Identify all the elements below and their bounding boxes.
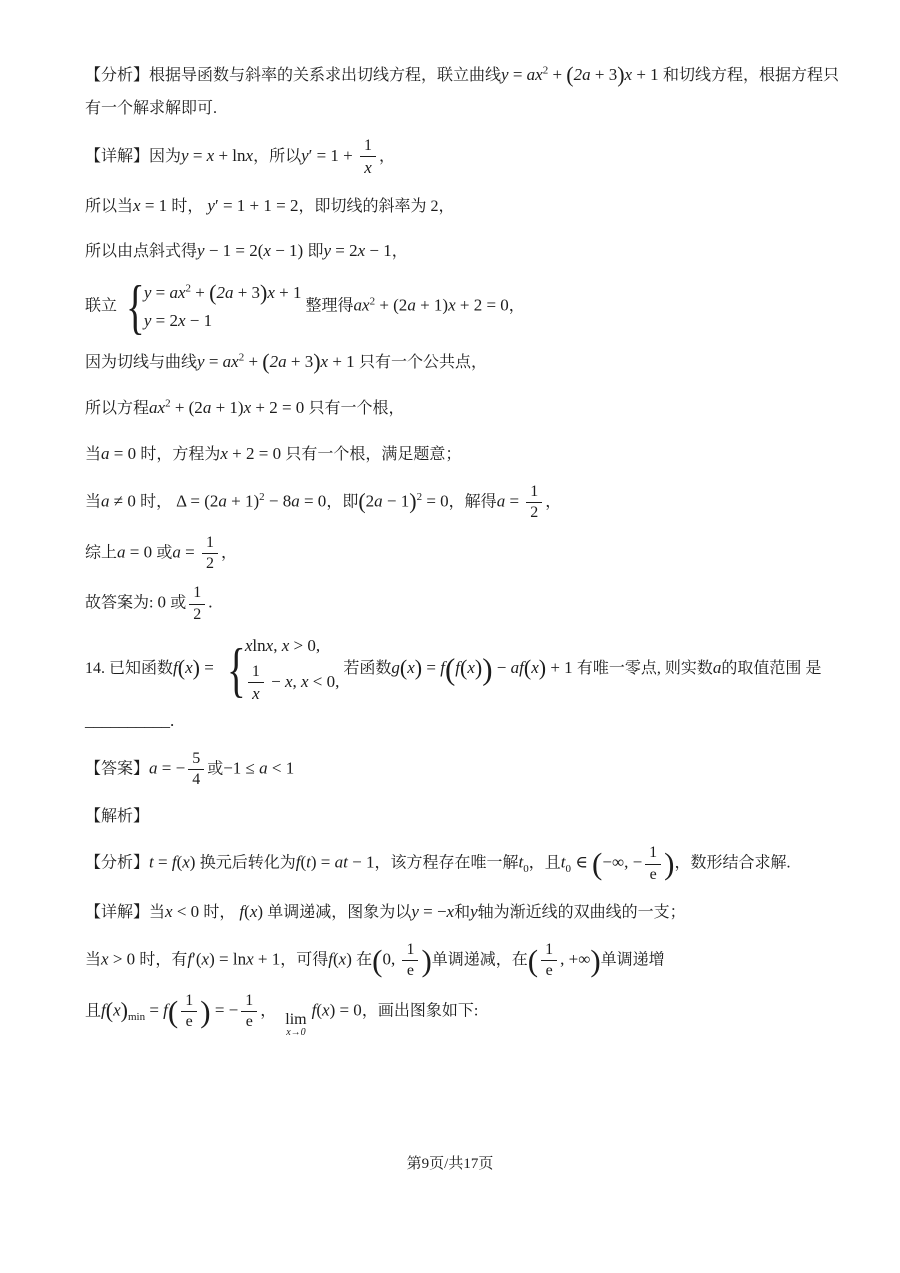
text-run: 整理得 bbox=[306, 298, 354, 315]
math-run: − 1) bbox=[271, 241, 308, 260]
math-run: + 1 bbox=[254, 950, 281, 969]
math-run: ( bbox=[372, 943, 382, 978]
text-run: ， bbox=[260, 1002, 280, 1019]
math-run: y bbox=[207, 196, 215, 215]
math-run: = 0 bbox=[300, 491, 327, 510]
fraction-denominator: e bbox=[541, 961, 557, 980]
text-run: 且 bbox=[85, 1002, 101, 1019]
fraction-numerator: 5 bbox=[188, 750, 204, 770]
para-q14-question: 14. 已知函数f(x) = {xlnx, x > 0,1x − x, x < … bbox=[85, 635, 842, 739]
fraction: 1e bbox=[181, 992, 197, 1032]
math-run: − 1 bbox=[348, 853, 375, 872]
text-run: 【分析】根据导函数与斜率的关系求出切线方程，联立曲线 bbox=[85, 67, 501, 84]
math-run: x bbox=[182, 853, 190, 872]
math-run: = − bbox=[419, 902, 447, 921]
math-run: ) bbox=[664, 846, 674, 881]
text-run: ，且 bbox=[529, 855, 561, 872]
fraction-numerator: 1 bbox=[645, 844, 661, 864]
math-run: ( bbox=[445, 652, 455, 687]
math-run: ) bbox=[415, 655, 422, 680]
text-run: 单调递增 bbox=[601, 952, 665, 969]
text-run: 或 bbox=[156, 544, 172, 561]
math-run: ≠ 0 bbox=[110, 491, 141, 510]
math-run: x bbox=[267, 283, 275, 302]
math-run: , bbox=[293, 672, 302, 691]
text-run: 轴为渐近线的双曲线的一支； bbox=[478, 904, 686, 921]
math-run: x bbox=[244, 398, 252, 417]
math-run: ax bbox=[149, 398, 165, 417]
math-run: ( bbox=[168, 994, 178, 1029]
math-run: a bbox=[101, 444, 110, 463]
math-run: + 1 bbox=[328, 352, 359, 371]
limit-label: lim bbox=[285, 1012, 306, 1028]
math-run: > 0, bbox=[289, 636, 320, 655]
cases-row: 1x − x, x < 0, bbox=[245, 663, 340, 704]
fraction-numerator: 1 bbox=[181, 992, 197, 1012]
page-number: 第9页/共17页 bbox=[407, 1156, 494, 1172]
text-run: 在 bbox=[356, 952, 372, 969]
math-run: ln bbox=[252, 636, 265, 655]
math-run: + 1) bbox=[227, 491, 259, 510]
text-run: 所以由点斜式得 bbox=[85, 243, 197, 260]
math-run: x bbox=[531, 658, 539, 677]
math-run: ′ = 1 + bbox=[309, 146, 357, 165]
math-run: a bbox=[374, 491, 383, 510]
text-run: ，即 bbox=[326, 493, 358, 510]
para-q13-final-answer: 故答案为: 0 或12. bbox=[85, 584, 842, 624]
fraction-denominator: 4 bbox=[188, 770, 204, 789]
math-run: ( bbox=[106, 997, 113, 1022]
math-run: 2 bbox=[366, 491, 375, 510]
para-q13-summary: 综上a = 0 或a = 12， bbox=[85, 534, 842, 574]
math-run: ′( bbox=[192, 950, 201, 969]
math-run: g bbox=[391, 658, 400, 677]
math-run: −∞, − bbox=[602, 853, 642, 872]
math-run: min bbox=[128, 1011, 145, 1023]
fraction: 12 bbox=[202, 534, 218, 574]
text-run: ，画出图象如下: bbox=[362, 1002, 478, 1019]
math-run: a bbox=[259, 758, 268, 777]
piecewise-cases: {xlnx, x > 0,1x − x, x < 0, bbox=[222, 635, 339, 704]
math-run: = 2 bbox=[151, 311, 178, 330]
math-run: . bbox=[208, 593, 212, 612]
math-run: = bbox=[505, 491, 523, 510]
math-run: y bbox=[181, 146, 189, 165]
math-run: a bbox=[101, 491, 110, 510]
text-run: 【详解】因为 bbox=[85, 148, 181, 165]
math-run: = 1 bbox=[141, 196, 172, 215]
para-q13-case-a0: 当a = 0 时，方程为x + 2 = 0 只有一个根，满足题意； bbox=[85, 437, 842, 472]
text-run: 时， bbox=[203, 904, 239, 921]
fraction: 1e bbox=[241, 992, 257, 1032]
math-run: = bbox=[151, 283, 169, 302]
math-run: = − bbox=[211, 1000, 239, 1019]
text-run: 【答案】 bbox=[85, 760, 149, 777]
math-run: = − bbox=[158, 758, 186, 777]
text-run: 14. 已知函数 bbox=[85, 660, 173, 677]
math-run: + 1 bbox=[546, 658, 577, 677]
math-run: x bbox=[165, 902, 173, 921]
text-run: 当 bbox=[85, 446, 101, 463]
math-run: + bbox=[191, 283, 209, 302]
math-run: ) bbox=[539, 655, 546, 680]
math-run: = bbox=[189, 146, 207, 165]
math-run: ) bbox=[190, 853, 200, 872]
math-run: + 1) bbox=[416, 296, 448, 315]
fraction-numerator: 1 bbox=[189, 584, 205, 604]
text-run: 有唯一零点, 则实数 bbox=[577, 660, 713, 677]
math-run: y bbox=[470, 902, 478, 921]
fraction-numerator: 1 bbox=[402, 941, 418, 961]
text-run: 因为切线与曲线 bbox=[85, 354, 197, 371]
math-run: y bbox=[411, 902, 419, 921]
math-run: Δ = (2 bbox=[176, 491, 218, 510]
math-run: = 0 bbox=[110, 444, 141, 463]
math-run: ) bbox=[409, 488, 416, 513]
math-run: x bbox=[101, 950, 109, 969]
fraction-numerator: 1 bbox=[360, 137, 376, 157]
para-q14-analysis: 【分析】t = f(x) 换元后转化为f(t) = at − 1，该方程存在唯一… bbox=[85, 844, 842, 884]
math-run: + 3 bbox=[591, 65, 618, 84]
math-run: = bbox=[181, 542, 199, 561]
math-run: ( bbox=[262, 349, 269, 374]
math-run: a bbox=[497, 491, 506, 510]
para-q13-detail-2: 所以当x = 1 时， y′ = 1 + 1 = 2，即切线的斜率为 2， bbox=[85, 189, 842, 224]
math-run: x bbox=[407, 658, 415, 677]
para-q13-detail-3: 所以由点斜式得y − 1 = 2(x − 1) 即y = 2x − 1， bbox=[85, 234, 842, 269]
math-run: y bbox=[197, 352, 205, 371]
fraction-numerator: 1 bbox=[241, 992, 257, 1012]
math-run: x bbox=[301, 672, 309, 691]
text-run: ， bbox=[545, 493, 561, 510]
math-run: x bbox=[178, 311, 186, 330]
fraction-denominator: e bbox=[402, 961, 418, 980]
math-run: + 1 bbox=[632, 65, 663, 84]
fraction: 1x bbox=[248, 663, 264, 704]
math-run: − 8 bbox=[265, 491, 292, 510]
text-run: ，该方程存在唯一解 bbox=[374, 855, 518, 872]
math-run: −1 ≤ bbox=[223, 758, 259, 777]
brace-icon: { bbox=[126, 280, 145, 334]
math-run: x bbox=[322, 1000, 330, 1019]
math-run: x bbox=[113, 1000, 121, 1019]
math-run: + bbox=[548, 65, 566, 84]
fraction: 12 bbox=[189, 584, 205, 624]
page-footer: 第9页/共17页 bbox=[0, 1152, 900, 1173]
math-run: ) = bbox=[311, 853, 335, 872]
math-run: + 3 bbox=[287, 352, 314, 371]
math-run: = 0 bbox=[422, 491, 449, 510]
fraction-denominator: 2 bbox=[202, 554, 218, 573]
math-run: − bbox=[493, 658, 511, 677]
math-run: x bbox=[202, 950, 210, 969]
math-run: + 3 bbox=[233, 283, 260, 302]
math-run: + bbox=[244, 352, 262, 371]
para-q13-detail-4: 因为切线与曲线y = ax2 + (2a + 3)x + 1 只有一个公共点， bbox=[85, 345, 842, 380]
math-run: + (2 bbox=[171, 398, 203, 417]
math-run: x bbox=[467, 658, 475, 677]
math-run: − bbox=[267, 672, 285, 691]
math-run: ( bbox=[358, 488, 365, 513]
math-run: 0, bbox=[382, 950, 399, 969]
limit-subscript: x→0 bbox=[286, 1028, 305, 1038]
fraction: 12 bbox=[526, 483, 542, 523]
math-run: ) bbox=[121, 997, 128, 1022]
text-run: 单调递减，在 bbox=[432, 952, 528, 969]
text-run: 换元后转化为 bbox=[200, 855, 296, 872]
math-run: ) bbox=[313, 349, 320, 374]
math-run: + 1) bbox=[211, 398, 243, 417]
math-run: a bbox=[218, 491, 227, 510]
math-run: < 0, bbox=[309, 672, 340, 691]
math-run: x bbox=[448, 296, 456, 315]
math-run: = 0 bbox=[126, 542, 157, 561]
para-q14-detail-2: 当x > 0 时，有f′(x) = lnx + 1，可得f(x) 在(0, 1e… bbox=[85, 941, 842, 981]
fraction: 1e bbox=[541, 941, 557, 981]
math-run: 2a bbox=[216, 283, 233, 302]
math-run: a bbox=[149, 758, 158, 777]
text-run: 只有一个根， bbox=[309, 400, 405, 417]
math-run: a bbox=[407, 296, 416, 315]
math-run: ) bbox=[617, 62, 624, 87]
math-run: ax bbox=[354, 296, 370, 315]
text-run: 和 bbox=[454, 904, 470, 921]
fraction-denominator: x bbox=[360, 157, 376, 178]
math-run: x bbox=[447, 902, 455, 921]
math-run: + 2 = 0 bbox=[251, 398, 308, 417]
text-run: ，解得 bbox=[449, 493, 497, 510]
math-run: ) bbox=[482, 652, 492, 687]
math-run: y bbox=[197, 241, 205, 260]
math-run: 0 bbox=[157, 593, 170, 612]
math-run: x bbox=[285, 672, 293, 691]
math-run: ) bbox=[590, 943, 600, 978]
math-run: x bbox=[220, 444, 228, 463]
math-run: ( bbox=[592, 846, 602, 881]
math-run: − 1 bbox=[383, 491, 410, 510]
math-run: a bbox=[172, 542, 181, 561]
text-run: ， bbox=[379, 148, 395, 165]
math-run: x bbox=[263, 241, 271, 260]
math-run: a bbox=[291, 491, 300, 510]
math-run: ) bbox=[257, 902, 267, 921]
cases-row: xlnx, x > 0, bbox=[245, 635, 340, 658]
math-run: − 1 bbox=[186, 311, 213, 330]
math-run: = bbox=[200, 658, 218, 677]
para-q14-detail-3: 且f(x)min = f(1e) = −1e， limx→0f(x) = 0，画… bbox=[85, 992, 842, 1039]
math-run: + 2 = 0 bbox=[456, 296, 509, 315]
text-run: 只有一个公共点， bbox=[359, 354, 487, 371]
fraction-denominator: e bbox=[645, 865, 661, 884]
text-run: 若函数 bbox=[343, 660, 391, 677]
math-run: ) bbox=[346, 950, 356, 969]
text-run: ，可得 bbox=[280, 952, 328, 969]
math-run: ax bbox=[223, 352, 239, 371]
math-run: at bbox=[335, 853, 348, 872]
text-run: 所以方程 bbox=[85, 400, 149, 417]
math-run: + (2 bbox=[375, 296, 407, 315]
text-run: 或 bbox=[207, 760, 223, 777]
math-run: ax bbox=[169, 283, 185, 302]
text-run: 【详解】当 bbox=[85, 904, 165, 921]
math-run: x bbox=[625, 65, 633, 84]
text-run: ，所以 bbox=[253, 148, 301, 165]
text-run: 时， bbox=[140, 493, 176, 510]
cases-row: y = 2x − 1 bbox=[144, 310, 302, 333]
para-q14-answer: 【答案】a = −54或−1 ≤ a < 1 bbox=[85, 750, 842, 790]
math-run: af bbox=[511, 658, 524, 677]
math-run: + 2 = 0 bbox=[228, 444, 285, 463]
math-run: + ln bbox=[214, 146, 245, 165]
fraction: 1x bbox=[360, 137, 376, 178]
text-run: 联立 bbox=[85, 298, 117, 315]
text-run: 故答案为: bbox=[85, 595, 157, 612]
math-run: − 1 = 2( bbox=[205, 241, 264, 260]
math-run: , bbox=[273, 636, 282, 655]
para-q13-system: 联立{y = ax2 + (2a + 3)x + 1y = 2x − 1整理得a… bbox=[85, 280, 842, 334]
math-run: = bbox=[145, 1000, 163, 1019]
text-run: ，即切线的斜率为 2， bbox=[298, 198, 454, 215]
math-run: > 0 bbox=[109, 950, 140, 969]
text-run: ， bbox=[221, 544, 237, 561]
math-run: 2a bbox=[574, 65, 591, 84]
fraction: 1e bbox=[402, 941, 418, 981]
math-run: = bbox=[509, 65, 527, 84]
brace-icon: { bbox=[227, 643, 246, 697]
math-run: ( bbox=[566, 62, 573, 87]
math-run: a bbox=[117, 542, 126, 561]
document-body: 【分析】根据导函数与斜率的关系求出切线方程，联立曲线y = ax2 + (2a … bbox=[0, 0, 900, 1038]
text-run: ， bbox=[392, 243, 408, 260]
math-run: ′ = 1 + 1 = 2 bbox=[215, 196, 298, 215]
math-run: x bbox=[321, 352, 329, 371]
text-run: 单调递减，图象为以 bbox=[267, 904, 411, 921]
cases-rows: xlnx, x > 0,1x − x, x < 0, bbox=[245, 635, 340, 704]
para-q14-detail-1: 【详解】当x < 0 时， f(x) 单调递减，图象为以y = −x和y轴为渐近… bbox=[85, 895, 842, 930]
text-run: 时， bbox=[171, 198, 207, 215]
math-run: + 1 bbox=[275, 283, 302, 302]
para-q14-jiexi: 【解析】 bbox=[85, 801, 842, 834]
math-run: y bbox=[301, 146, 309, 165]
math-run: ) = 0 bbox=[330, 1000, 362, 1019]
para-q13-detail-1: 【详解】因为y = x + lnx，所以y′ = 1 + 1x， bbox=[85, 137, 842, 178]
math-run: ∈ bbox=[571, 853, 592, 872]
cases-row: y = ax2 + (2a + 3)x + 1 bbox=[144, 282, 302, 305]
math-run: x bbox=[246, 950, 254, 969]
math-run: __________. bbox=[85, 711, 174, 730]
piecewise-cases: {y = ax2 + (2a + 3)x + 1y = 2x − 1 bbox=[121, 280, 301, 334]
math-run: x bbox=[185, 658, 193, 677]
para-q13-case-a-not0: 当a ≠ 0 时， Δ = (2a + 1)2 − 8a = 0，即(2a − … bbox=[85, 483, 842, 523]
math-run: x bbox=[133, 196, 141, 215]
text-run: 时，有 bbox=[139, 952, 187, 969]
math-run: ( bbox=[528, 943, 538, 978]
math-run: ax bbox=[527, 65, 543, 84]
text-run: 只有一个根，满足题意； bbox=[285, 446, 461, 463]
text-run: 或 bbox=[170, 595, 186, 612]
math-run: ) bbox=[193, 655, 200, 680]
fraction-numerator: 1 bbox=[248, 663, 264, 683]
math-run: y bbox=[501, 65, 509, 84]
math-run: ) = ln bbox=[209, 950, 246, 969]
math-run: < 0 bbox=[173, 902, 204, 921]
limit-operator: limx→0 bbox=[285, 1012, 306, 1038]
math-run: 2a bbox=[270, 352, 287, 371]
text-run: 当 bbox=[85, 493, 101, 510]
text-run: 当 bbox=[85, 952, 101, 969]
fraction-numerator: 1 bbox=[541, 941, 557, 961]
text-run: 即 bbox=[307, 243, 323, 260]
math-run: x bbox=[246, 146, 254, 165]
cases-rows: y = ax2 + (2a + 3)x + 1y = 2x − 1 bbox=[144, 282, 302, 333]
fraction-numerator: 1 bbox=[526, 483, 542, 503]
math-run: = bbox=[205, 352, 223, 371]
math-run: = 2 bbox=[331, 241, 358, 260]
math-run: − 1 bbox=[365, 241, 392, 260]
text-run: 时，方程为 bbox=[140, 446, 220, 463]
text-run: 综上 bbox=[85, 544, 117, 561]
fraction-denominator: e bbox=[241, 1012, 257, 1031]
text-run: 的取值范围 是 bbox=[721, 660, 821, 677]
math-run: ) bbox=[421, 943, 431, 978]
para-q13-detail-5: 所以方程ax2 + (2a + 1)x + 2 = 0 只有一个根， bbox=[85, 391, 842, 426]
math-run: = bbox=[422, 658, 440, 677]
math-run: < 1 bbox=[268, 758, 295, 777]
fraction-denominator: 2 bbox=[189, 605, 205, 624]
fraction: 1e bbox=[645, 844, 661, 884]
math-run: ) bbox=[200, 994, 210, 1029]
math-run: ( bbox=[178, 655, 185, 680]
fraction-denominator: x bbox=[248, 683, 264, 704]
para-q13-analysis: 【分析】根据导函数与斜率的关系求出切线方程，联立曲线y = ax2 + (2a … bbox=[85, 58, 842, 126]
math-run: , +∞ bbox=[560, 950, 590, 969]
math-run: = bbox=[154, 853, 172, 872]
text-run: 【分析】 bbox=[85, 855, 149, 872]
text-run: ，数形结合求解. bbox=[675, 855, 791, 872]
fraction-numerator: 1 bbox=[202, 534, 218, 554]
fraction-denominator: 2 bbox=[526, 503, 542, 522]
fraction: 54 bbox=[188, 750, 204, 790]
text-run: ， bbox=[509, 298, 525, 315]
text-run: 所以当 bbox=[85, 198, 133, 215]
text-run: 【解析】 bbox=[85, 808, 149, 825]
fraction-denominator: e bbox=[181, 1012, 197, 1031]
math-run: y bbox=[323, 241, 331, 260]
